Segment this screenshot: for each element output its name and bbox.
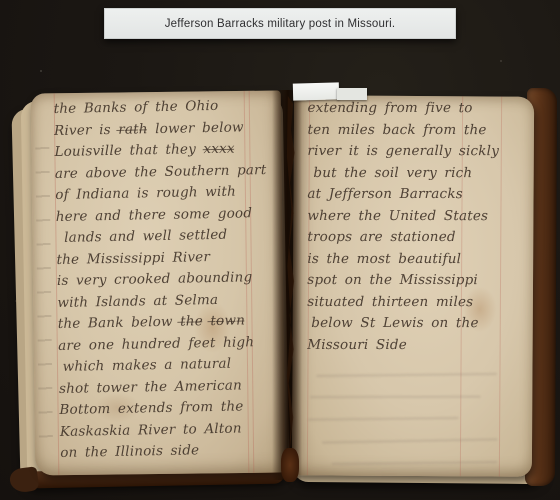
book-gutter [272, 90, 302, 480]
handwritten-line: but the soil very rich [313, 162, 529, 184]
pencil-bleedthrough [308, 405, 458, 421]
handwritten-line: extending from five to [307, 98, 529, 120]
handwritten-line: River is r̶a̶t̶h̶ lower below [54, 116, 274, 142]
handwritten-line: on the Illinois side [60, 439, 280, 465]
gutter-binding-knot [281, 448, 299, 482]
handwritten-line: are above the Southern part [55, 159, 275, 185]
caption-label: Jefferson Barracks military post in Miss… [104, 8, 456, 39]
handwritten-line: here and there some good [56, 202, 276, 228]
handwritten-line: at Jefferson Barracks [307, 184, 529, 206]
handwritten-line: is very crooked abounding [57, 267, 277, 293]
left-page-text: the Banks of the Ohio River is r̶a̶t̶h̶ … [53, 95, 280, 465]
pencil-bleedthrough [322, 426, 497, 443]
handwritten-line: situated thirteen miles [307, 291, 529, 313]
handwritten-line: ten miles back from the [307, 119, 529, 141]
handwritten-line: is the most beautiful [307, 248, 529, 270]
paper-tab [293, 82, 339, 100]
handwritten-line: troops are stationed [307, 227, 529, 249]
photo-backdrop: Jefferson Barracks military post in Miss… [0, 0, 560, 500]
right-page: extending from five to ten miles back fr… [292, 95, 534, 476]
leather-cover-corner [8, 466, 39, 494]
right-page-text: extending from five to ten miles back fr… [307, 98, 529, 356]
handwritten-line: below St Lewis on the [311, 313, 529, 335]
handwritten-line: are one hundred feet high [58, 331, 278, 357]
pencil-bleedthrough [310, 384, 480, 398]
underpage-writing-fragments [35, 133, 53, 453]
left-page: the Banks of the Ohio River is r̶a̶t̶h̶ … [31, 90, 286, 475]
paper-tab [337, 88, 367, 100]
pencil-bleedthrough [332, 449, 497, 465]
dust-specks [0, 0, 2, 2]
handwritten-line: where the United States [307, 205, 529, 227]
pencil-bleedthrough [316, 361, 496, 377]
handwritten-line: river it is generally sickly [307, 141, 529, 163]
handwritten-line: Missouri Side [307, 334, 529, 356]
handwritten-line: spot on the Mississippi [307, 270, 529, 292]
caption-text: Jefferson Barracks military post in Miss… [165, 18, 396, 30]
